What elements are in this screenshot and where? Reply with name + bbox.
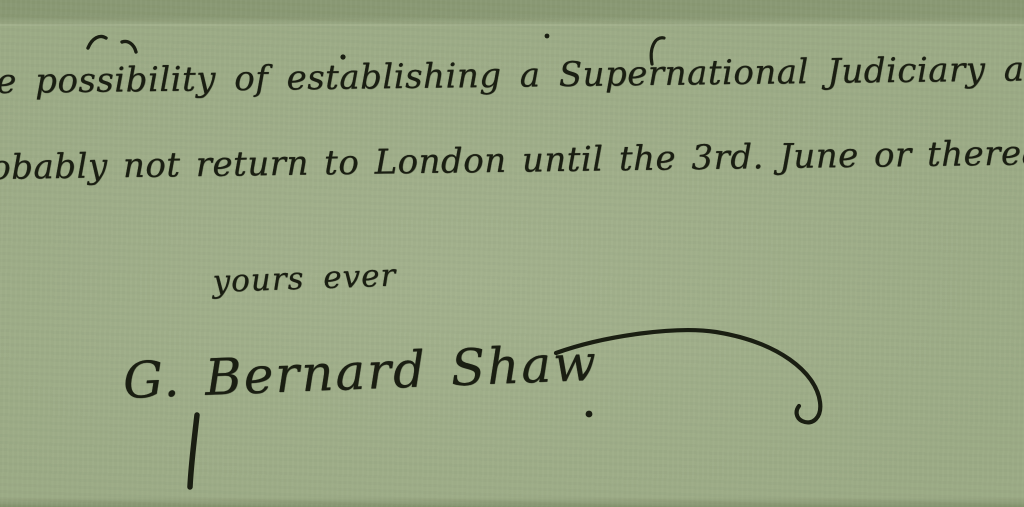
stray-dot-2 <box>545 34 550 39</box>
stray-tick-1 <box>88 36 106 48</box>
stray-tick-2 <box>122 41 136 52</box>
letter-line-2: obably not return to London until the 3r… <box>0 132 1024 188</box>
ink-dot-after-signature <box>586 411 593 418</box>
letter-line-1: e possibility of establishing a Supernat… <box>0 48 1024 102</box>
paper-fold-seam-line <box>0 24 1024 26</box>
signature-text: G. Bernard Shaw <box>122 334 599 410</box>
letter-paper: e possibility of establishing a Supernat… <box>0 0 1024 507</box>
paper-bottom-edge-shade <box>0 497 1024 507</box>
letter-closing: yours ever <box>212 258 397 300</box>
paper-top-edge-shade <box>0 0 1024 26</box>
signature-g-descender-stroke <box>190 415 197 487</box>
